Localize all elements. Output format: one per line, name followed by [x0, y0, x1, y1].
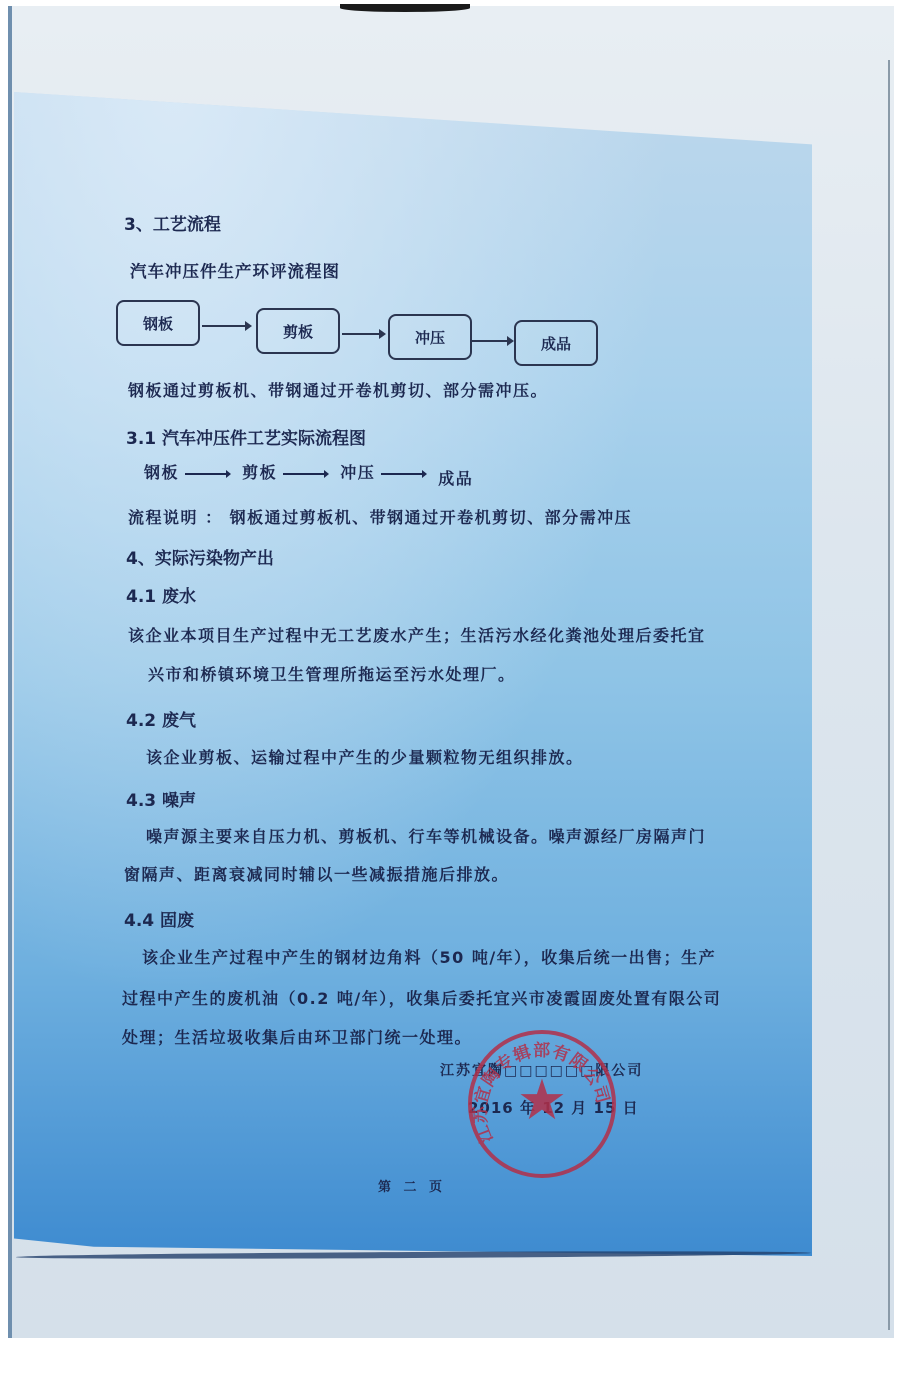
solid-waste-text-line-2: 过程中产生的废机油（0.2 吨/年），收集后委托宜兴市凌霞固废处置有限公司 [122, 986, 721, 1009]
noise-text-line-2: 窗隔声、距离衰减同时辅以一些减振措施后排放。 [124, 862, 509, 885]
flow-box-shearing: 剪板 [256, 308, 340, 354]
company-seal: 江苏宜陶专辑部有限公司 ★ [468, 1030, 616, 1178]
flow-box-stamping: 冲压 [388, 314, 472, 360]
noise-text-line-1: 噪声源主要来自压力机、剪板机、行车等机械设备。噪声源经厂房隔声门 [146, 824, 706, 847]
section-4-1-heading: 4.1 废水 [126, 582, 196, 607]
solid-waste-text-line-3: 处理；生活垃圾收集后由环卫部门统一处理。 [122, 1025, 472, 1048]
flow-step: 成品 [438, 469, 473, 488]
document-content: 3、工艺流程 汽车冲压件生产环评流程图 钢板 剪板 冲压 成品 钢板通过剪板机、… [0, 0, 900, 1376]
section-4-heading: 4、实际污染物产出 [126, 544, 274, 569]
flow-arrow [202, 325, 250, 327]
section-4-3-heading: 4.3 噪声 [126, 786, 196, 811]
section-3-1-heading: 3.1 汽车冲压件工艺实际流程图 [126, 424, 366, 449]
flow-step: 钢板 [144, 463, 179, 482]
flow-box-steel-plate: 钢板 [116, 300, 200, 346]
flow-box-finished-product: 成品 [514, 320, 598, 366]
section-4-2-heading: 4.2 废气 [126, 706, 196, 731]
section-3-heading: 3、工艺流程 [124, 210, 221, 235]
arrow-icon [185, 473, 229, 475]
wastewater-text-line-1: 该企业本项目生产过程中无工艺废水产生；生活污水经化粪池处理后委托宜 [128, 623, 706, 646]
page-number: 第 二 页 [378, 1176, 446, 1195]
process-note-label: 流程说明 ： [128, 508, 223, 527]
arrow-icon [283, 473, 327, 475]
process-note-text: 钢板通过剪板机、带钢通过开卷机剪切、部分需冲压 [230, 508, 633, 527]
flow-step: 冲压 [340, 463, 375, 482]
actual-flow-line: 钢板 剪板 冲压 成品 [144, 460, 473, 483]
arrow-icon [381, 473, 425, 475]
flow-arrow [472, 340, 512, 342]
section-4-4-heading: 4.4 固废 [124, 906, 194, 931]
section-3-description: 钢板通过剪板机、带钢通过开卷机剪切、部分需冲压。 [128, 378, 548, 401]
process-note: 流程说明 ： 钢板通过剪板机、带钢通过开卷机剪切、部分需冲压 [128, 505, 632, 528]
waste-gas-text: 该企业剪板、运输过程中产生的少量颗粒物无组织排放。 [146, 745, 584, 768]
solid-waste-text-line-1: 该企业生产过程中产生的钢材边角料（50 吨/年），收集后统一出售；生产 [142, 945, 716, 968]
wastewater-text-line-2: 兴市和桥镇环境卫生管理所拖运至污水处理厂。 [148, 662, 516, 685]
flow-step: 剪板 [242, 463, 277, 482]
star-icon: ★ [517, 1073, 567, 1129]
flowchart-caption: 汽车冲压件生产环评流程图 [130, 258, 340, 282]
flow-arrow [342, 333, 384, 335]
